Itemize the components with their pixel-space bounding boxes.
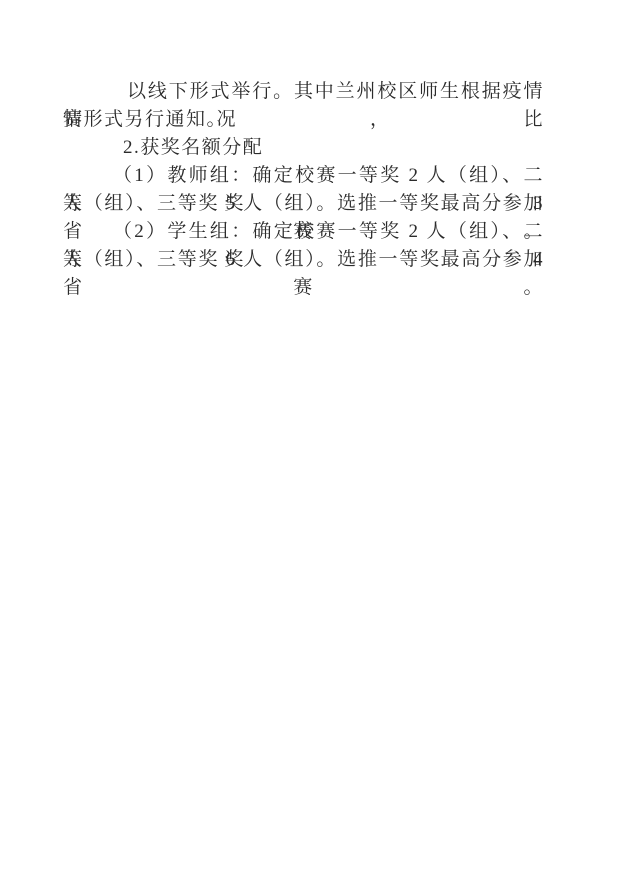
document-page: 以线下形式举行。其中兰州校区师生根据疫情情况，比 赛形式另行通知。 2.获奖名额…	[0, 0, 625, 884]
text-line-1: 以线下形式举行。其中兰州校区师生根据疫情情况，比	[63, 78, 544, 106]
text-line-7: 人（组）、三等奖 6 人（组）。选推一等奖最高分参加省赛。	[63, 246, 544, 274]
text-line-6: （2）学生组：确定校赛一等奖 2 人（组）、二等奖 4	[63, 218, 544, 246]
text-line-3-heading: 2.获奖名额分配	[63, 134, 544, 162]
text-line-4: （1）教师组：确定校赛一等奖 2 人（组）、二等奖 3	[63, 162, 544, 190]
document-text-block: 以线下形式举行。其中兰州校区师生根据疫情情况，比 赛形式另行通知。 2.获奖名额…	[63, 78, 544, 274]
text-line-5: 人（组）、三等奖 5 人（组）。选推一等奖最高分参加省赛。	[63, 190, 544, 218]
